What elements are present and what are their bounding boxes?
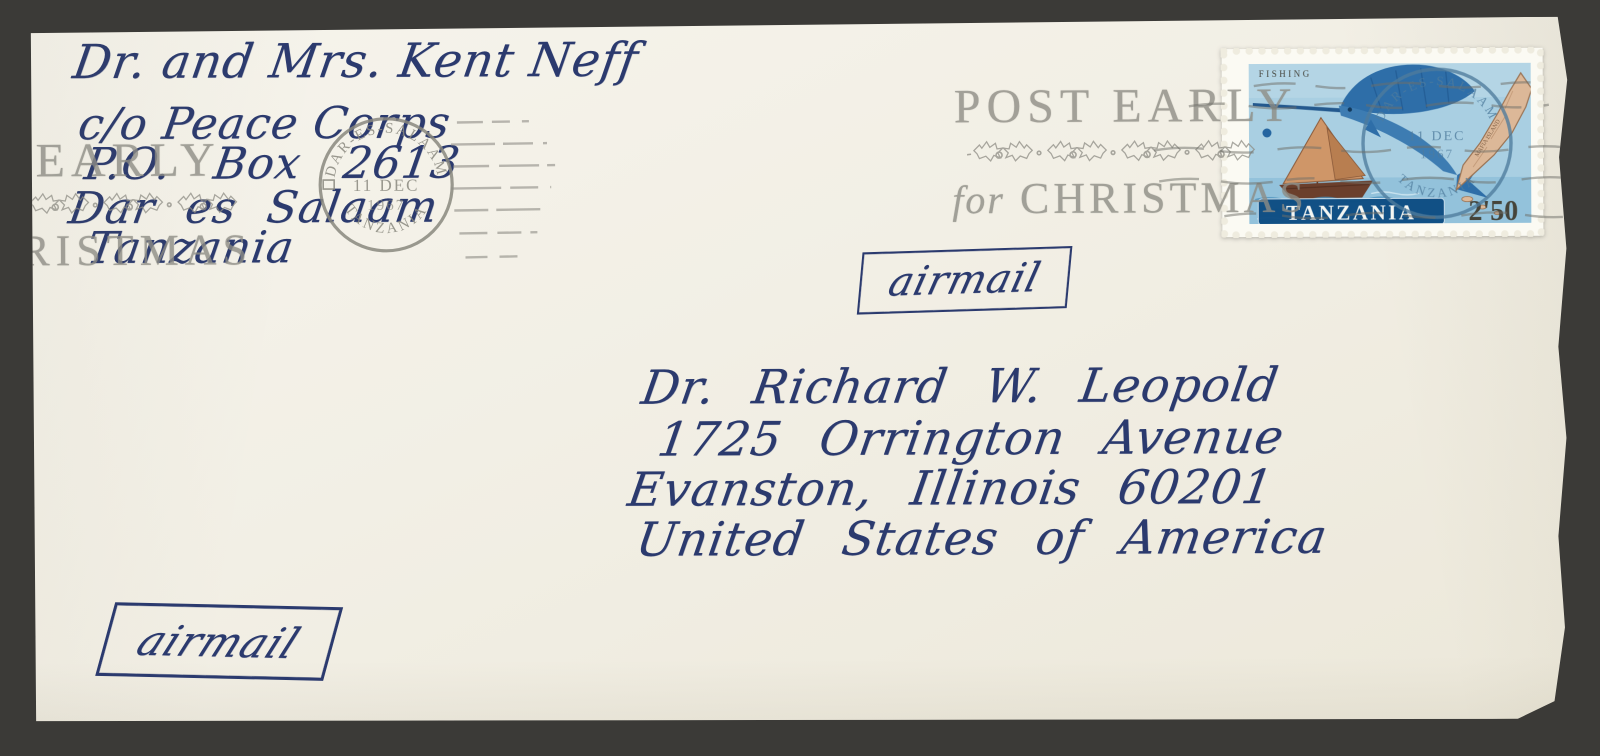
airmail-label: airmail xyxy=(130,616,308,668)
airmail-label: airmail xyxy=(884,255,1046,306)
slogan-cancel-text: CHRISTMAS xyxy=(28,225,253,275)
postmark-year: 1967 xyxy=(367,198,405,214)
slogan-cancel-text: POST EARLY xyxy=(28,133,220,189)
airmail-endorsement-center: airmail xyxy=(857,246,1073,315)
svg-text:DAR-ES-SALAAM: DAR-ES-SALAAM xyxy=(322,120,449,179)
slogan-cancel-left-partial: POST EARLY xyxy=(28,17,1568,24)
scanned-envelope-photo: Dr. and Mrs. Kent Neff c/o Peace Corps P… xyxy=(0,0,1600,756)
recipient-address-line: United States of America xyxy=(633,510,1332,568)
recipient-address-line: 1725 Orrington Avenue xyxy=(654,410,1288,468)
return-address-line: Dr. and Mrs. Kent Neff xyxy=(69,33,642,90)
recipient-address: Dr. Richard W. Leopold 1725 Orrington Av… xyxy=(28,17,1568,24)
slogan-cancel-text: for xyxy=(952,177,1005,222)
recipient-address-line: Dr. Richard W. Leopold xyxy=(638,358,1283,416)
return-address: Dr. and Mrs. Kent Neff c/o Peace Corps P… xyxy=(28,17,1568,24)
circular-postmark: DAR-ES-SALAAM 11 DEC 1967 TANZANIA xyxy=(305,103,468,266)
airmail-endorsement-bottom: airmail xyxy=(95,602,343,681)
recipient-address-line: Evanston, Illinois 60201 xyxy=(624,460,1277,518)
postmark-city: DAR-ES-SALAAM xyxy=(322,120,449,179)
postmark-date: 11 DEC xyxy=(353,176,420,195)
slogan-cancel-main: POST EARLY xyxy=(28,17,1568,24)
postmark-killer-bars xyxy=(451,117,572,274)
wavy-cancel-lines xyxy=(1129,67,1572,234)
holly-garland-icon xyxy=(28,182,239,229)
envelope: Dr. and Mrs. Kent Neff c/o Peace Corps P… xyxy=(28,17,1571,726)
